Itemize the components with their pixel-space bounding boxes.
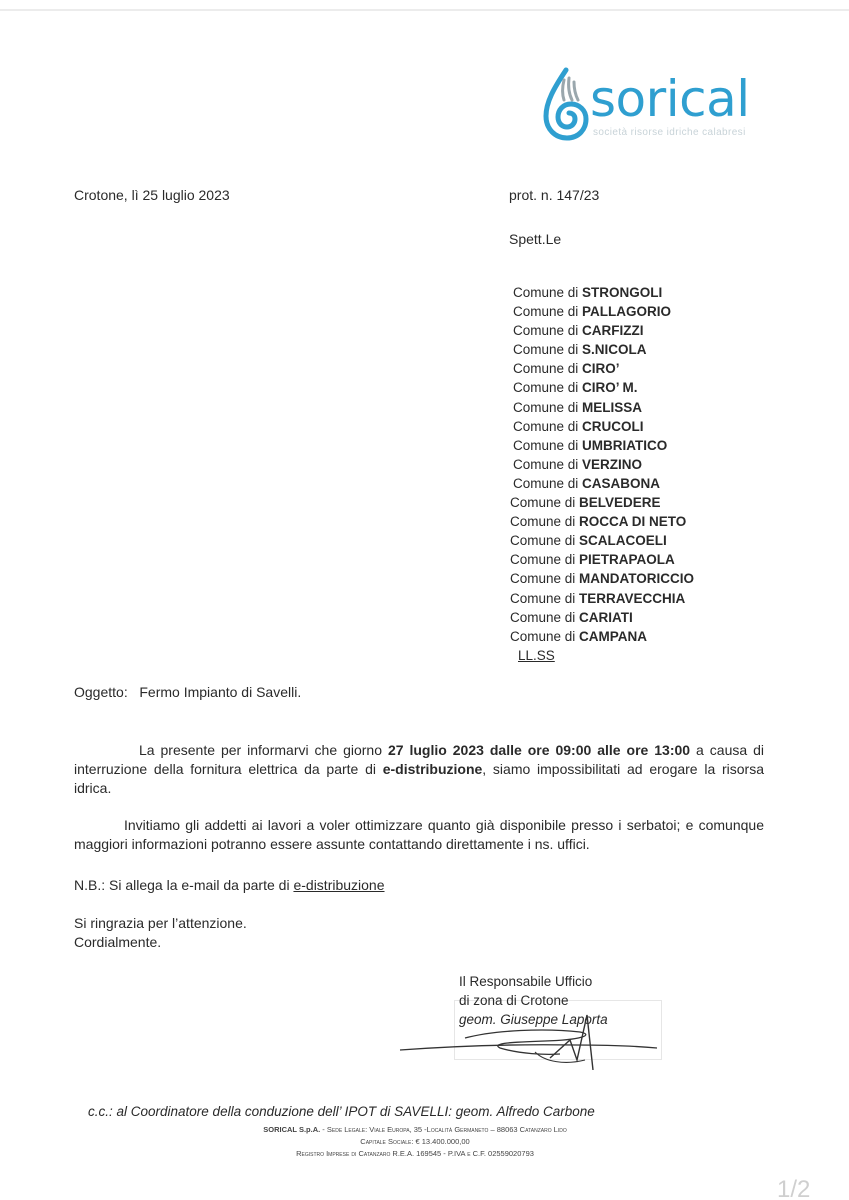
logo-tagline: società risorse idriche calabresi xyxy=(593,127,746,138)
protocol-number: prot. n. 147/23 xyxy=(509,186,599,204)
recipient-item: Comune di CARIATI xyxy=(510,608,694,627)
recipient-item: Comune di VERZINO xyxy=(513,455,694,474)
recipient-item: Comune di MELISSA xyxy=(513,398,694,417)
recipient-item: Comune di STRONGOLI xyxy=(513,283,694,302)
footer-address: - Sede Legale: Viale Europa, 35 -Localit… xyxy=(320,1125,567,1134)
recipient-item: Comune di CAMPANA xyxy=(510,627,694,646)
recipient-item: Comune di CIRO’ xyxy=(513,359,694,378)
footer-capital: Capitale Sociale: € 13.400.000,00 xyxy=(230,1136,600,1148)
recipient-item: Comune di TERRAVECCHIA xyxy=(510,589,694,608)
e-distribuzione-link[interactable]: e-distribuzione xyxy=(293,877,384,893)
place-date: Crotone, lì 25 luglio 2023 xyxy=(74,186,230,204)
signer-title: Il Responsabile Ufficio xyxy=(459,972,608,991)
water-drop-spiral-icon xyxy=(540,66,592,142)
body-paragraph-2: Invitiamo gli addetti ai lavori a voler … xyxy=(74,816,764,854)
thanks-line: Si ringrazia per l’attenzione. xyxy=(74,914,247,932)
page-indicator: 1/2 xyxy=(777,1176,810,1200)
recipient-item: Comune di S.NICOLA xyxy=(513,340,694,359)
subject-text: Fermo Impianto di Savelli. xyxy=(139,684,301,700)
letterhead-footer: SORICAL S.p.A. - Sede Legale: Viale Euro… xyxy=(230,1124,600,1160)
signer-office: di zona di Crotone xyxy=(459,991,608,1010)
sorical-logo: sorical società risorse idriche calabres… xyxy=(540,66,780,146)
recipient-item: Comune di SCALACOELI xyxy=(510,531,694,550)
recipient-item: Comune di BELVEDERE xyxy=(510,493,694,512)
recipient-item: Comune di PALLAGORIO xyxy=(513,302,694,321)
subject-line: Oggetto: Fermo Impianto di Savelli. xyxy=(74,683,301,701)
recipient-list: Comune di STRONGOLI Comune di PALLAGORIO… xyxy=(510,283,694,665)
salutation: Spett.Le xyxy=(509,230,561,248)
body-paragraph-1: La presente per informarvi che giorno 27… xyxy=(74,741,764,798)
regards-line: Cordialmente. xyxy=(74,933,161,951)
recipient-item: Comune di PIETRAPAOLA xyxy=(510,550,694,569)
logo-wordmark: sorical xyxy=(590,70,750,128)
carbon-copy-line: c.c.: al Coordinatore della conduzione d… xyxy=(88,1104,595,1119)
recipient-item: Comune di CIRO’ M. xyxy=(513,378,694,397)
footer-registry: Registro Imprese di Catanzaro R.E.A. 169… xyxy=(230,1148,600,1160)
recipient-item: Comune di CARFIZZI xyxy=(513,321,694,340)
recipient-item: Comune di MANDATORICCIO xyxy=(510,569,694,588)
nb-note: N.B.: Si allega la e-mail da parte di e-… xyxy=(74,876,385,894)
footer-company: SORICAL S.p.A. xyxy=(263,1125,320,1134)
recipient-item: Comune di CRUCOLI xyxy=(513,417,694,436)
subject-label: Oggetto: xyxy=(74,684,128,700)
recipient-item: Comune di UMBRIATICO xyxy=(513,436,694,455)
handwritten-signature-icon xyxy=(395,1010,665,1070)
recipients-closing: LL.SS xyxy=(518,646,694,665)
recipient-item: Comune di ROCCA DI NETO xyxy=(510,512,694,531)
viewer-top-edge xyxy=(0,9,849,11)
recipient-item: Comune di CASABONA xyxy=(513,474,694,493)
